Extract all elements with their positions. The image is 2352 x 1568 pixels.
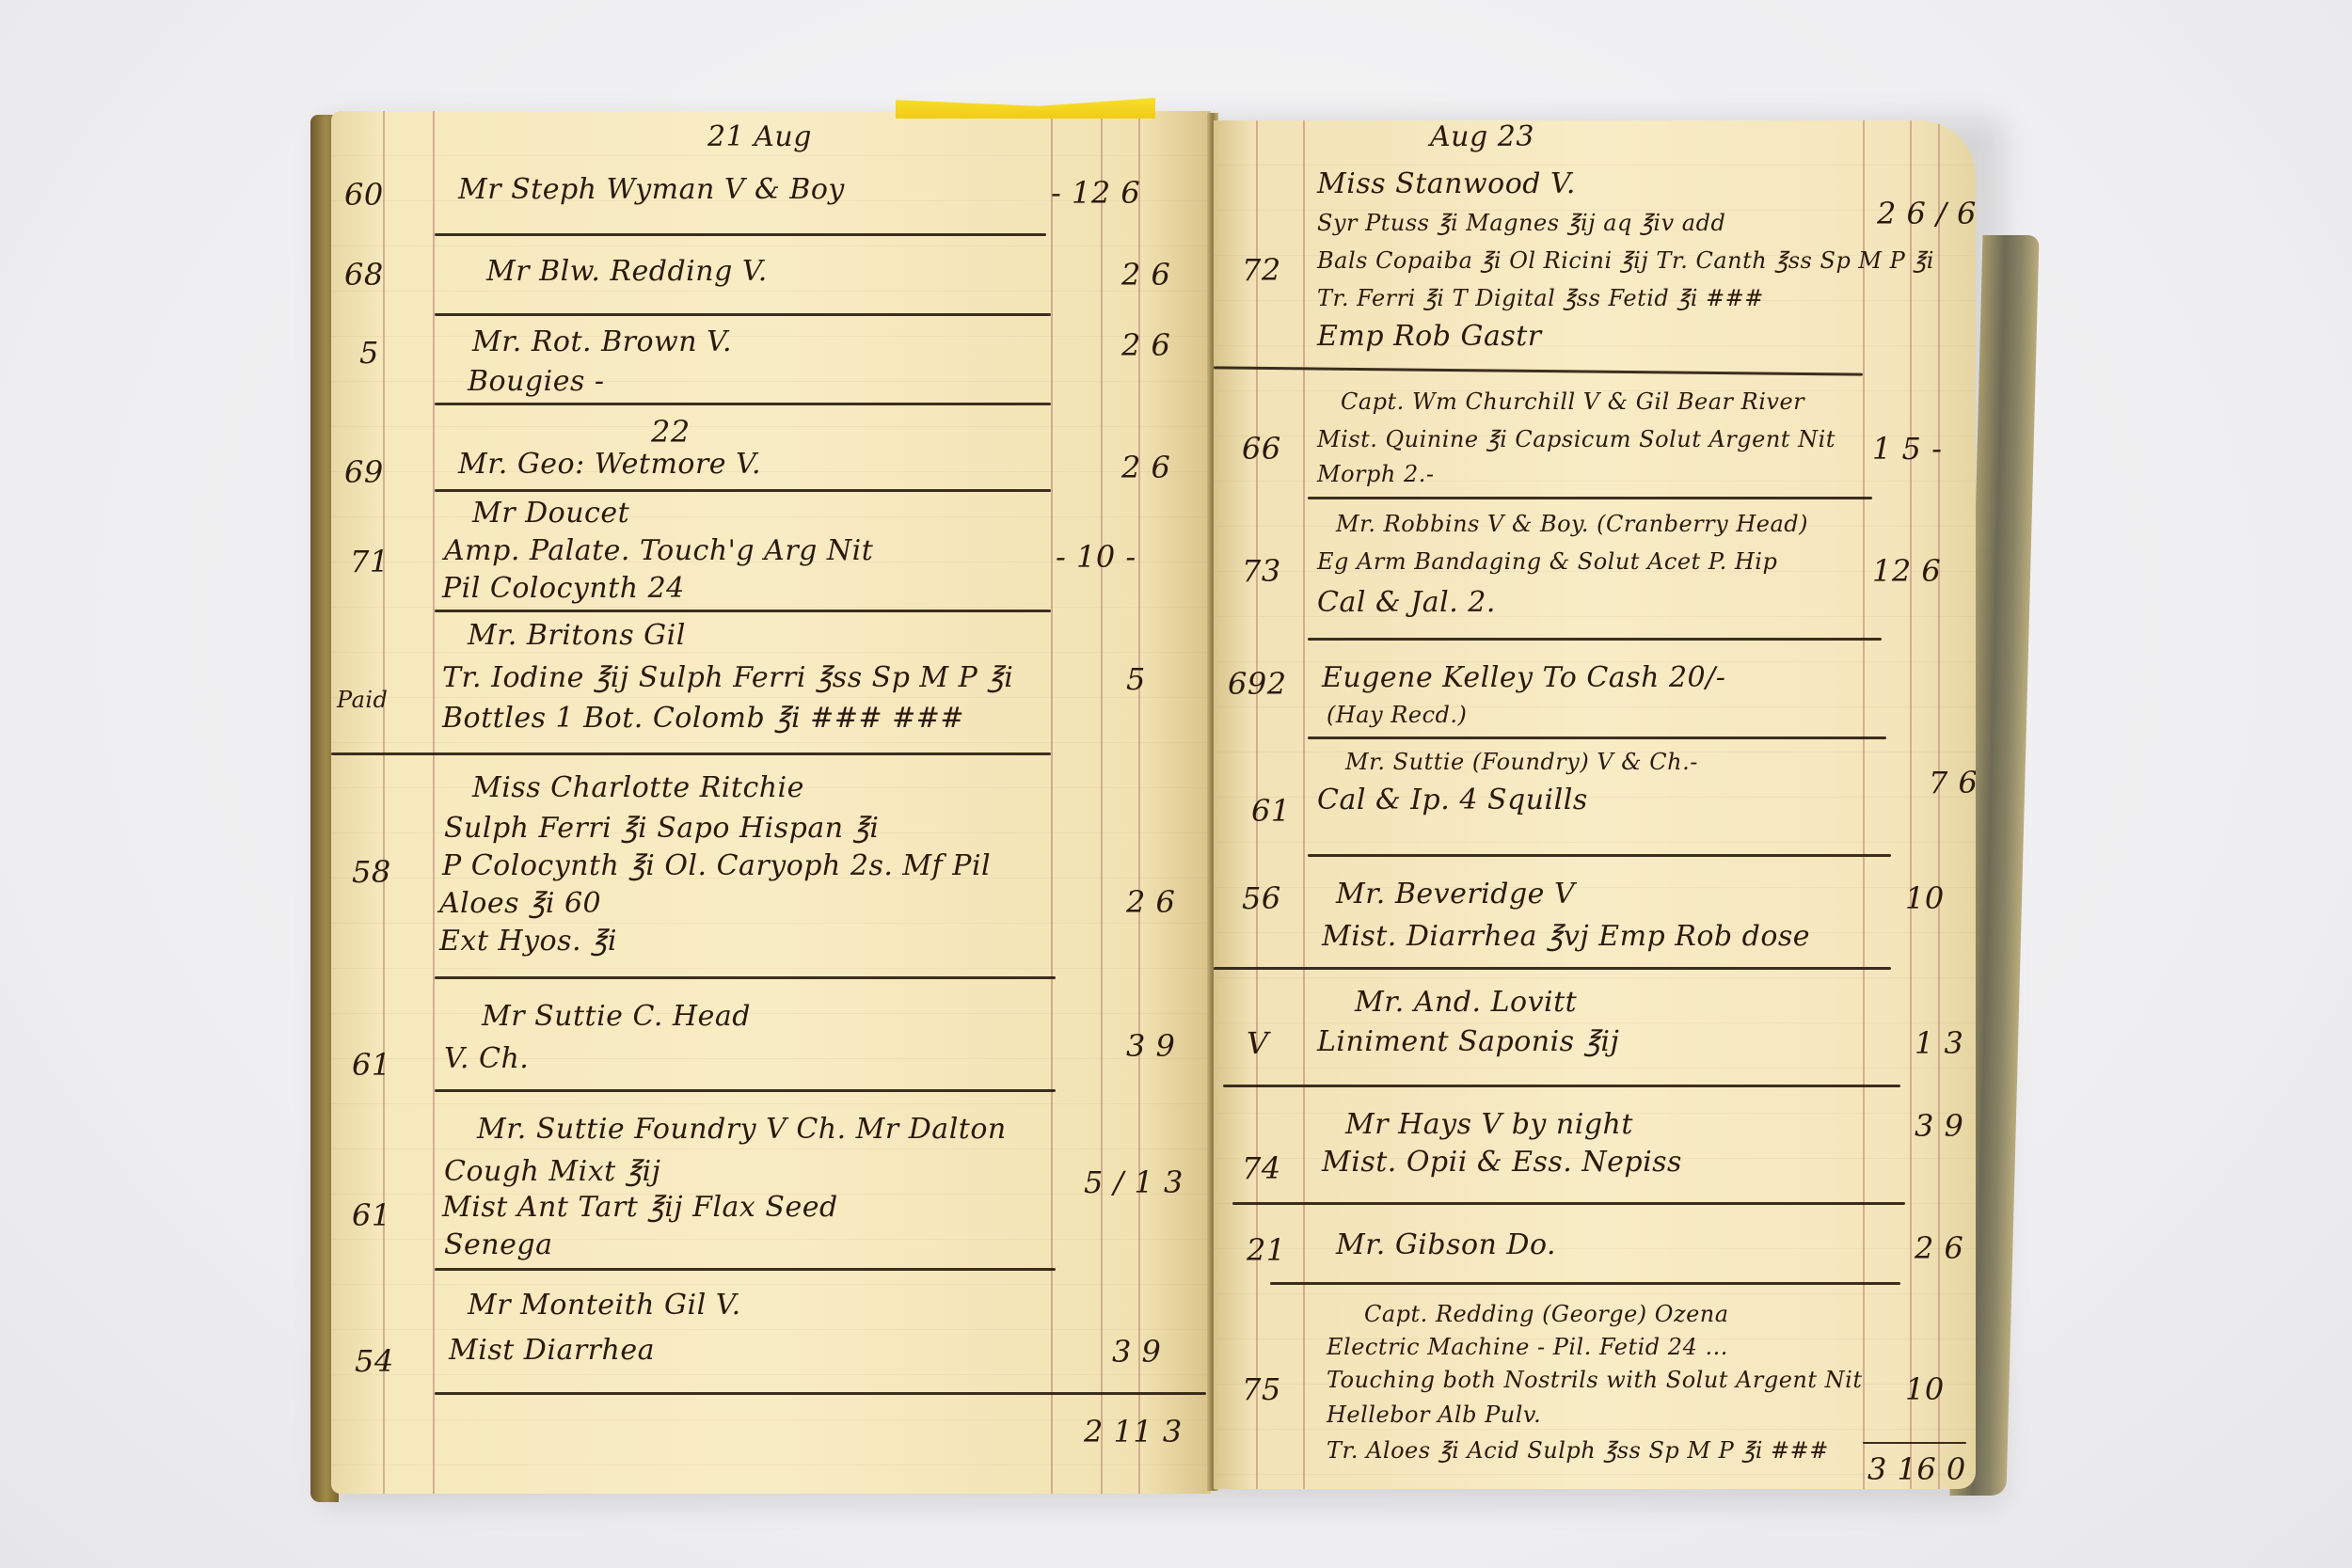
folio-number: 73 xyxy=(1242,553,1281,589)
entry-line: Mist. Opii & Ess. Nepiss xyxy=(1322,1146,1682,1179)
entry-line: Tr. Aloes ℥i Acid Sulph ℥ss Sp M P ℥i ##… xyxy=(1327,1437,1829,1464)
entry-amount: 10 xyxy=(1905,880,1945,916)
entry-line: Cal & Ip. 4 Squills xyxy=(1317,784,1588,816)
entry-amount: 2 6 xyxy=(1121,450,1170,485)
entry-amount: 2 6 xyxy=(1121,327,1170,363)
entry-amount: 3 9 xyxy=(1915,1108,1963,1144)
entry-line: Morph 2.- xyxy=(1317,461,1434,487)
entry-line: Mist Diarrhea xyxy=(449,1334,655,1367)
page-total: 2 11 3 xyxy=(1084,1414,1183,1449)
entry-line: Bals Copaiba ℥i Ol Ricini ℥ij Tr. Canth … xyxy=(1317,247,1934,274)
entry-line: Pil Colocynth 24 xyxy=(442,572,685,605)
sub-date: 22 xyxy=(651,414,691,450)
entry-amount: 12 6 xyxy=(1872,553,1941,589)
entry-line: Aloes ℥i 60 xyxy=(439,887,601,920)
folio-number: 68 xyxy=(344,257,384,293)
entry-line: Emp Rob Gastr xyxy=(1317,320,1542,353)
folio-number: 74 xyxy=(1242,1150,1281,1186)
page-total: 3 16 0 xyxy=(1867,1451,1966,1487)
entry-line: Eugene Kelley To Cash 20/- xyxy=(1322,661,1725,694)
entry-line: Mr Hays V by night xyxy=(1345,1108,1633,1141)
entry-amount: 1 3 xyxy=(1915,1025,1963,1061)
entry-line: Miss Stanwood V. xyxy=(1317,167,1576,200)
folio-number: 54 xyxy=(355,1343,394,1379)
entry-line: Cal & Jal. 2. xyxy=(1317,586,1496,619)
folio-number: 61 xyxy=(352,1047,391,1083)
entry-amount: 5 xyxy=(1126,661,1146,697)
folio-number: 5 xyxy=(359,335,379,371)
folio-number: 21 xyxy=(1247,1232,1286,1268)
entry-amount: 10 xyxy=(1905,1371,1945,1407)
entry-line: Cough Mixt ℥ij xyxy=(444,1155,660,1188)
entry-amount: 1 5 - xyxy=(1872,431,1942,467)
entry-line: Tr. Ferri ℥i T Digital ℥ss Fetid ℥i ### xyxy=(1317,285,1764,311)
entry-line: Eg Arm Bandaging & Solut Acet P. Hip xyxy=(1317,548,1777,575)
folio-number: 692 xyxy=(1228,666,1287,702)
folio-number: V xyxy=(1247,1025,1269,1061)
folio-number: 61 xyxy=(352,1197,391,1233)
entry-line: Mr. And. Lovitt xyxy=(1355,986,1577,1019)
folio-number: 72 xyxy=(1242,252,1281,288)
folio-number: 60 xyxy=(344,177,384,213)
right-page: Aug 23 Miss Stanwood V. Syr Ptuss ℥i Mag… xyxy=(1214,120,1976,1489)
entry-amount: - 10 - xyxy=(1056,539,1136,575)
entry-line: Electric Machine - Pil. Fetid 24 ... xyxy=(1327,1334,1728,1360)
entry-line: Liniment Saponis ℥ij xyxy=(1317,1025,1619,1058)
entry-line: Senega xyxy=(444,1228,552,1261)
folio-number: 69 xyxy=(344,454,384,490)
entry-line: Miss Charlotte Ritchie xyxy=(472,771,804,804)
entry-line: P Colocynth ℥i Ol. Caryoph 2s. Mf Pil xyxy=(442,849,991,882)
entry-line: Mr Doucet xyxy=(472,497,629,530)
folio-number: 61 xyxy=(1251,793,1291,829)
entry-amount: 7 6 xyxy=(1929,765,1976,800)
entry-amount: 2 6 / 6 xyxy=(1877,196,1976,231)
entry-amount: 3 9 xyxy=(1112,1334,1161,1370)
entry-line: Mr. Geo: Wetmore V. xyxy=(458,448,761,481)
entry-line: Mr. Suttie Foundry V Ch. Mr Dalton xyxy=(477,1113,1007,1146)
folio-number: 58 xyxy=(352,854,391,890)
entry-line: Amp. Palate. Touch'g Arg Nit xyxy=(444,534,873,567)
entry-line: Mist. Quinine ℥i Capsicum Solut Argent N… xyxy=(1317,426,1836,452)
entry-line: Mr Steph Wyman V & Boy xyxy=(458,173,845,206)
folio-number: 66 xyxy=(1242,431,1281,467)
entry-amount: 2 6 xyxy=(1121,257,1170,293)
entry-line: (Hay Recd.) xyxy=(1327,702,1467,728)
date-heading: 21 Aug xyxy=(707,120,812,153)
entry-line: Mr Suttie C. Head xyxy=(482,1000,751,1033)
entry-line: Touching both Nostrils with Solut Argent… xyxy=(1327,1367,1862,1393)
entry-line: Mr. Beveridge V xyxy=(1336,878,1575,911)
entry-line: Mr. Robbins V & Boy. (Cranberry Head) xyxy=(1336,511,1808,537)
folio-number: 75 xyxy=(1242,1371,1281,1407)
entry-amount: - 12 6 xyxy=(1051,175,1140,211)
entry-line: Mr. Rot. Brown V. xyxy=(472,325,732,358)
entry-line: Mr. Suttie (Foundry) V & Ch.- xyxy=(1345,749,1698,775)
entry-line: Tr. Iodine ℥ij Sulph Ferri ℥ss Sp M P ℥i xyxy=(442,661,1013,694)
entry-amount: 2 6 xyxy=(1126,884,1175,920)
folio-number: 71 xyxy=(350,544,389,579)
entry-line: Mr. Gibson Do. xyxy=(1336,1228,1556,1261)
bookmark-ribbon xyxy=(896,98,1155,119)
entry-line: Capt. Wm Churchill V & Gil Bear River xyxy=(1341,388,1804,415)
entry-line: Bottles 1 Bot. Colomb ℥i ### ### xyxy=(442,702,964,735)
entry-line: Sulph Ferri ℥i Sapo Hispan ℥i xyxy=(444,812,880,845)
entry-line: Mr Monteith Gil V. xyxy=(468,1289,741,1322)
entry-line: Syr Ptuss ℥i Magnes ℥ij aq ℥iv add xyxy=(1317,210,1725,236)
entry-line: Ext Hyos. ℥i xyxy=(439,925,617,958)
entry-line: V. Ch. xyxy=(444,1042,529,1075)
date-heading: Aug 23 xyxy=(1430,120,1534,153)
entry-line: Mist Ant Tart ℥ij Flax Seed xyxy=(442,1191,838,1224)
entry-line: Hellebor Alb Pulv. xyxy=(1327,1402,1541,1428)
folio-number: 56 xyxy=(1242,880,1281,916)
entry-line: Capt. Redding (George) Ozena xyxy=(1364,1301,1729,1327)
paid-mark: Paid xyxy=(337,687,388,713)
entry-amount: 3 9 xyxy=(1126,1028,1175,1064)
entry-line: Mr. Britons Gil xyxy=(468,619,686,652)
entry-amount: 2 6 xyxy=(1915,1230,1963,1266)
entry-line: Mr Blw. Redding V. xyxy=(486,255,768,288)
entry-line: Mist. Diarrhea ℥vj Emp Rob dose xyxy=(1322,920,1810,953)
left-page: 21 Aug 60 Mr Steph Wyman V & Boy - 12 6 … xyxy=(331,111,1211,1494)
entry-amount: 5 / 1 3 xyxy=(1084,1164,1184,1200)
entry-line: Bougies - xyxy=(468,365,605,398)
